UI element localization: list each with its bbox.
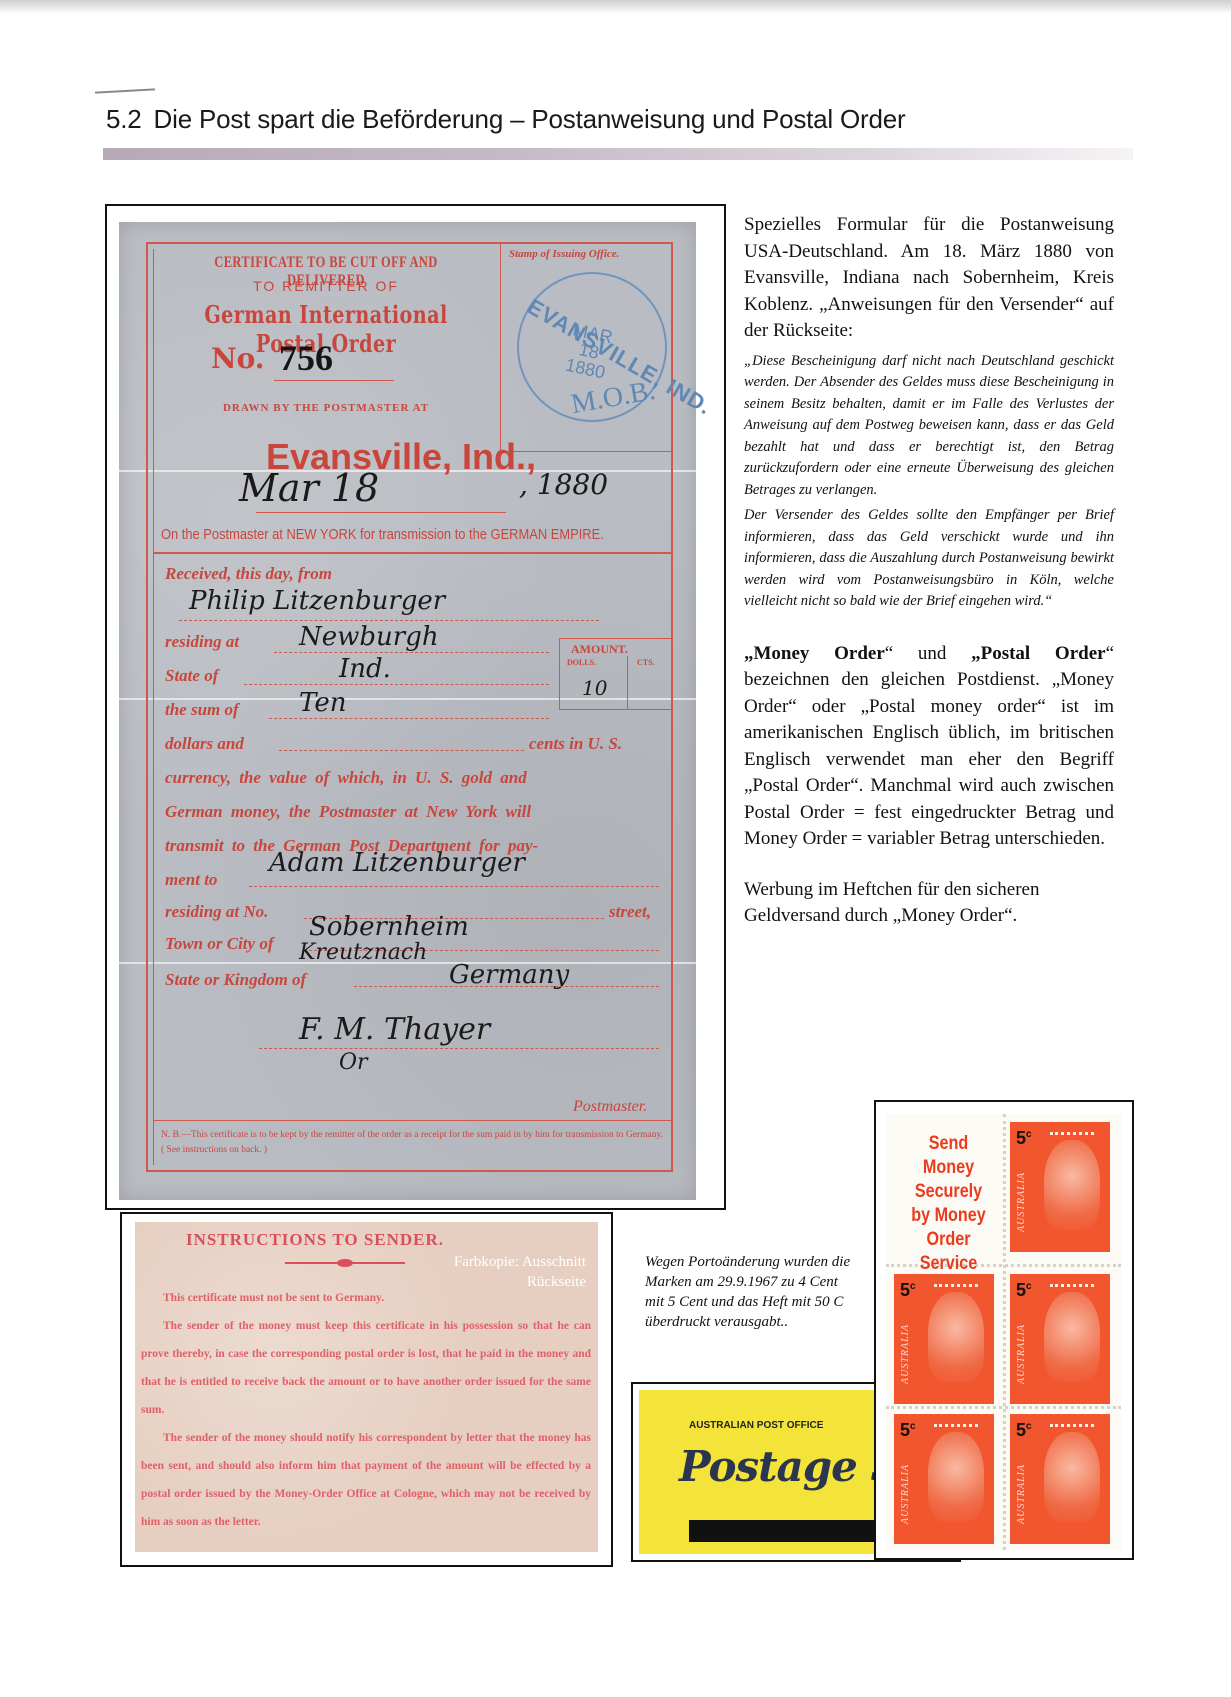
stamp-value: 5c: [1016, 1420, 1032, 1441]
stamp-value: 5c: [1016, 1128, 1032, 1149]
field-label-received-from: Received, this day, from: [165, 564, 332, 584]
crown-icon: [1050, 1132, 1094, 1146]
amount-dollars-value: 10: [582, 676, 607, 700]
field-label-sum-of: the sum of: [165, 700, 239, 720]
nb-note: N. B.—This certificate is to be kept by …: [161, 1128, 666, 1158]
amount-dollars-label: DOLLS.: [567, 658, 596, 667]
corner-mark: [95, 88, 155, 93]
certificate-inner-line: [153, 249, 154, 1165]
stamp-value: 5c: [900, 1420, 916, 1441]
street-label: street,: [609, 902, 651, 922]
stamp-country: AUSTRALIA: [1016, 1172, 1027, 1232]
queen-elizabeth-5c-stamp: 5cAUSTRALIA: [894, 1274, 994, 1404]
number-label: No.: [211, 342, 265, 375]
overprint-bar: [689, 1520, 874, 1542]
signature-suffix: Or: [339, 1050, 368, 1075]
money-order-paragraph: „Money Order“ und „Postal Order“ bezeich…: [744, 641, 1114, 853]
field-line: [354, 986, 659, 987]
order-number: 756: [279, 337, 333, 379]
field-value-town: Sobernheim: [309, 912, 469, 942]
postmaster-signature: F. M. Thayer: [299, 1012, 490, 1047]
booklet-issuer: AUSTRALIAN POST OFFICE: [689, 1420, 823, 1431]
amount-cents-label: CTS.: [637, 658, 655, 667]
amount-divider: [627, 656, 628, 710]
queen-portrait-icon: [1044, 1140, 1100, 1230]
postal-order-certificate: Stamp of Issuing Office. EVANSVILLE, IND…: [119, 222, 696, 1200]
field-label-payee: ment to: [165, 870, 217, 890]
cents-label: cents in U. S.: [529, 734, 622, 754]
field-label-town: Town or City of: [165, 934, 273, 954]
drawn-by-label: DRAWN BY THE POSTMASTER AT: [161, 402, 491, 414]
signature-line: [259, 1048, 659, 1049]
field-label-residing-no: residing at No.: [165, 902, 268, 922]
stamp-country: AUSTRALIA: [1016, 1464, 1027, 1524]
stamp-country: AUSTRALIA: [1016, 1324, 1027, 1384]
money-order-advert: Send Money Securely by Money Order Servi…: [904, 1132, 993, 1276]
title-underline-bar: [103, 148, 1133, 160]
perforation: [1003, 1114, 1006, 1550]
stamp-country: AUSTRALIA: [900, 1324, 911, 1384]
stamp-country: AUSTRALIA: [900, 1464, 911, 1524]
evansville-postmark: EVANSVILLE, IND. MAR 18 1880 M.O.B.: [517, 272, 667, 422]
translation-quote-2: Der Versender des Geldes sollte den Empf…: [744, 505, 1114, 613]
field-value-residence: Newburgh: [299, 622, 439, 652]
queen-elizabeth-5c-stamp: 5cAUSTRALIA: [1010, 1274, 1110, 1404]
field-value-state: Ind.: [339, 654, 391, 684]
stamp-value: 5c: [900, 1280, 916, 1301]
nb-divider: [154, 1120, 673, 1121]
body-text-line: currency, the value of which, in U. S. g…: [165, 768, 665, 788]
postal-order-certificate-frame: Stamp of Issuing Office. EVANSVILLE, IND…: [105, 204, 726, 1210]
field-line: [269, 718, 549, 719]
translation-quote-1: „Diese Bescheinigung darf nicht nach Deu…: [744, 351, 1114, 502]
stamp-pane-frame: Send Money Securely by Money Order Servi…: [874, 1100, 1134, 1560]
body-text-line: German money, the Postmaster at New York…: [165, 802, 665, 822]
queen-elizabeth-5c-stamp: 5cAUSTRALIA: [1010, 1414, 1110, 1544]
advert-note: Werbung im Heftchen für den sicheren Gel…: [744, 877, 1114, 930]
date-underline: [256, 512, 506, 513]
stamp-pane: Send Money Securely by Money Order Servi…: [886, 1114, 1121, 1550]
stamp-value: 5c: [1016, 1280, 1032, 1301]
queen-portrait-icon: [928, 1292, 984, 1382]
instructions-body: This certificate must not be sent to Ger…: [141, 1284, 591, 1536]
queen-portrait-icon: [928, 1432, 984, 1522]
field-value-payee-name: Adam Litzenburger: [269, 848, 525, 878]
section-number: 5.2: [106, 104, 142, 134]
page-top-edge: [0, 0, 1231, 14]
stamp-box-label: Stamp of Issuing Office.: [509, 248, 619, 260]
queen-portrait-icon: [1044, 1292, 1100, 1382]
field-line: [249, 886, 659, 887]
field-label-residing-at: residing at: [165, 632, 239, 652]
field-line: [179, 620, 599, 621]
crown-icon: [1050, 1424, 1094, 1438]
overprint-caption: Wegen Portoänderung wurden die Marken am…: [645, 1252, 855, 1332]
instructions-to-sender: INSTRUCTIONS TO SENDER. Farbkopie: Aussc…: [135, 1222, 598, 1552]
queen-portrait-icon: [1044, 1432, 1100, 1522]
transmission-line: On the Postmaster at NEW YORK for transm…: [161, 526, 600, 543]
number-underline: [274, 380, 394, 381]
field-label-state: State of: [165, 666, 218, 686]
section-title: Die Post spart die Beförderung – Postanw…: [154, 104, 906, 134]
intro-paragraph: Spezielles Formular für die Postanweisun…: [744, 212, 1114, 345]
section-divider: [154, 552, 673, 554]
field-line: [244, 684, 549, 685]
ornament-divider: [285, 1262, 405, 1264]
field-line: [274, 652, 549, 653]
handwritten-year: , 1880: [519, 468, 608, 501]
certificate-subheading: TO REMITTER OF: [161, 278, 491, 294]
field-label-dollars-and: dollars and: [165, 734, 244, 754]
page-title: 5.2Die Post spart die Beförderung – Post…: [106, 104, 906, 135]
queen-elizabeth-5c-stamp: 5cAUSTRALIA: [894, 1414, 994, 1544]
amount-title: AMOUNT.: [571, 642, 628, 657]
handwritten-date: Mar 18: [239, 466, 379, 510]
field-value-sender-name: Philip Litzenburger: [189, 586, 445, 616]
crown-icon: [934, 1284, 978, 1298]
field-value-sum: Ten: [299, 688, 346, 718]
queen-elizabeth-5c-stamp: 5cAUSTRALIA: [1010, 1122, 1110, 1252]
instructions-back-frame: INSTRUCTIONS TO SENDER. Farbkopie: Aussc…: [120, 1212, 613, 1567]
crown-icon: [934, 1424, 978, 1438]
postmaster-label: Postmaster.: [573, 1098, 647, 1116]
crown-icon: [1050, 1284, 1094, 1298]
field-line: [279, 750, 524, 751]
field-label-state-kingdom: State or Kingdom of: [165, 970, 306, 990]
instructions-title: INSTRUCTIONS TO SENDER.: [135, 1230, 495, 1250]
description-column: Spezielles Formular für die Postanweisun…: [744, 212, 1114, 930]
field-value-district: Kreutznach: [299, 940, 427, 965]
